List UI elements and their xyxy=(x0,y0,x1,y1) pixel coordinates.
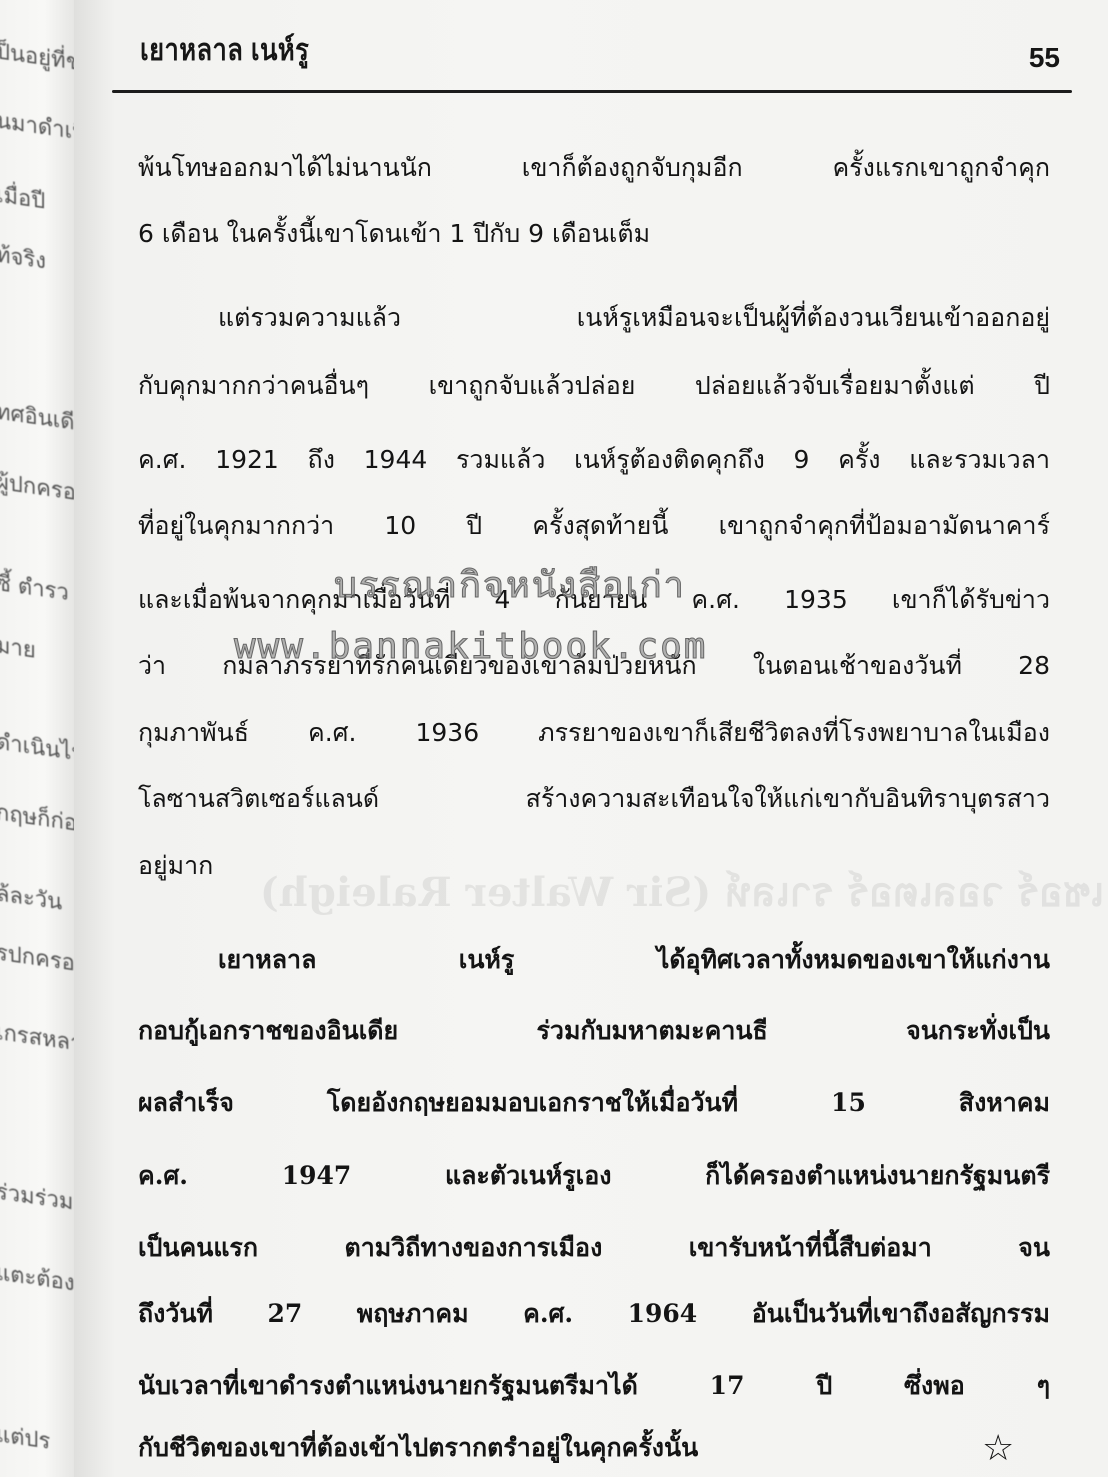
facing-page-fragment: ผู้ปกครอง xyxy=(0,464,74,512)
facing-page-fragment: กฤษก็ก่อ xyxy=(0,794,74,840)
body-line: อยู่มาก xyxy=(138,850,1050,882)
facing-page-fragment: ดำเนินไป xyxy=(0,724,74,772)
facing-page-fragment: ท้จริง xyxy=(0,236,46,278)
body-line: ที่อยู่ในคุกมากกว่า 10 ปี ครั้งสุดท้ายนี… xyxy=(138,510,1050,542)
facing-page-fragment: ป็นอยู่ที่ชา xyxy=(0,33,74,82)
body-line: กอบกู้เอกราชของอินเดีย ร่วมกับมหาตมะคานธ… xyxy=(138,1015,1050,1047)
watermark-shop-name: บรรณากิจหนังสือเก่า xyxy=(334,556,686,613)
body-line: พ้นโทษออกมาได้ไม่นานนัก เขาก็ต้องถูกจับก… xyxy=(138,152,1050,184)
header-rule xyxy=(112,90,1072,93)
body-line: เป็นคนแรก ตามวิถีทางของการเมือง เขารับหน… xyxy=(138,1232,1050,1264)
facing-page-fragment: ทศอินเดีย xyxy=(0,394,74,442)
running-header: เยาหลาล เนห์รู 55 xyxy=(140,30,1060,74)
facing-page-fragment: ร่วมร่วมอ xyxy=(0,1174,74,1222)
book-page: เซอร์ วอลเตอร์ ราเลห์ (Sir Walter Raleig… xyxy=(74,0,1108,1477)
facing-page-fragment: รปกครอ xyxy=(0,934,74,980)
facing-page-fragment: ซี้ ตำรว xyxy=(0,565,69,610)
facing-page-fragment: เกรสหลา xyxy=(0,1014,74,1061)
body-line: เยาหลาล เนห์รู ได้อุทิศเวลาทั้งหมดของเขา… xyxy=(138,944,1050,976)
body-line: กับชีวิตของเขาที่ต้องเข้าไปตรากตรำอยู่ใน… xyxy=(138,1432,1050,1464)
facing-page-fragment: แตะต้อง xyxy=(0,1254,74,1300)
facing-page-fragment: เมื่อปี xyxy=(0,177,45,219)
body-line: 6 เดือน ในครั้งนี้เขาโดนเข้า 1 ปีกับ 9 เ… xyxy=(138,218,1050,250)
page-number: 55 xyxy=(1029,42,1060,74)
facing-page-fragment: ล้ละวัน xyxy=(0,875,62,919)
end-star-icon: ☆ xyxy=(982,1428,1014,1469)
body-line: ค.ศ. 1921 ถึง 1944 รวมแล้ว เนห์รูต้องติด… xyxy=(138,444,1050,476)
facing-page-fragment: มาย xyxy=(0,627,36,668)
body-line: โลซานสวิตเซอร์แลนด์ สร้างความสะเทือนใจให… xyxy=(138,783,1050,815)
body-line: ค.ศ. 1947 และตัวเนห์รูเอง ก็ได้ครองตำแหน… xyxy=(138,1160,1050,1192)
body-line: กับคุกมากกว่าคนอื่นๆ เขาถูกจับแล้วปล่อย … xyxy=(138,370,1050,402)
body-line: ผลสำเร็จ โดยอังกฤษยอมมอบเอกราชให้เมื่อวั… xyxy=(138,1087,1050,1119)
facing-page-fragment: แต่ปร xyxy=(0,1416,50,1459)
body-line: กุมภาพันธ์ ค.ศ. 1936 ภรรยาของเขาก็เสียชี… xyxy=(138,717,1050,749)
facing-page-edge: ป็นอยู่ที่ชา นมาดำเนิน เมื่อปี ท้จริง ทศ… xyxy=(0,0,74,1477)
body-line: นับเวลาที่เขาดำรงตำแหน่งนายกรัฐมนตรีมาได… xyxy=(138,1370,1050,1402)
body-line: แต่รวมความแล้ว เนห์รูเหมือนจะเป็นผู้ที่ต… xyxy=(138,302,1050,334)
facing-page-fragment: นมาดำเนิน xyxy=(0,103,74,153)
body-line: ถึงวันที่ 27 พฤษภาคม ค.ศ. 1964 อันเป็นวั… xyxy=(138,1298,1050,1330)
running-title: เยาหลาล เนห์รู xyxy=(140,27,309,74)
watermark-url: www.bannakitbook.com xyxy=(234,626,707,667)
